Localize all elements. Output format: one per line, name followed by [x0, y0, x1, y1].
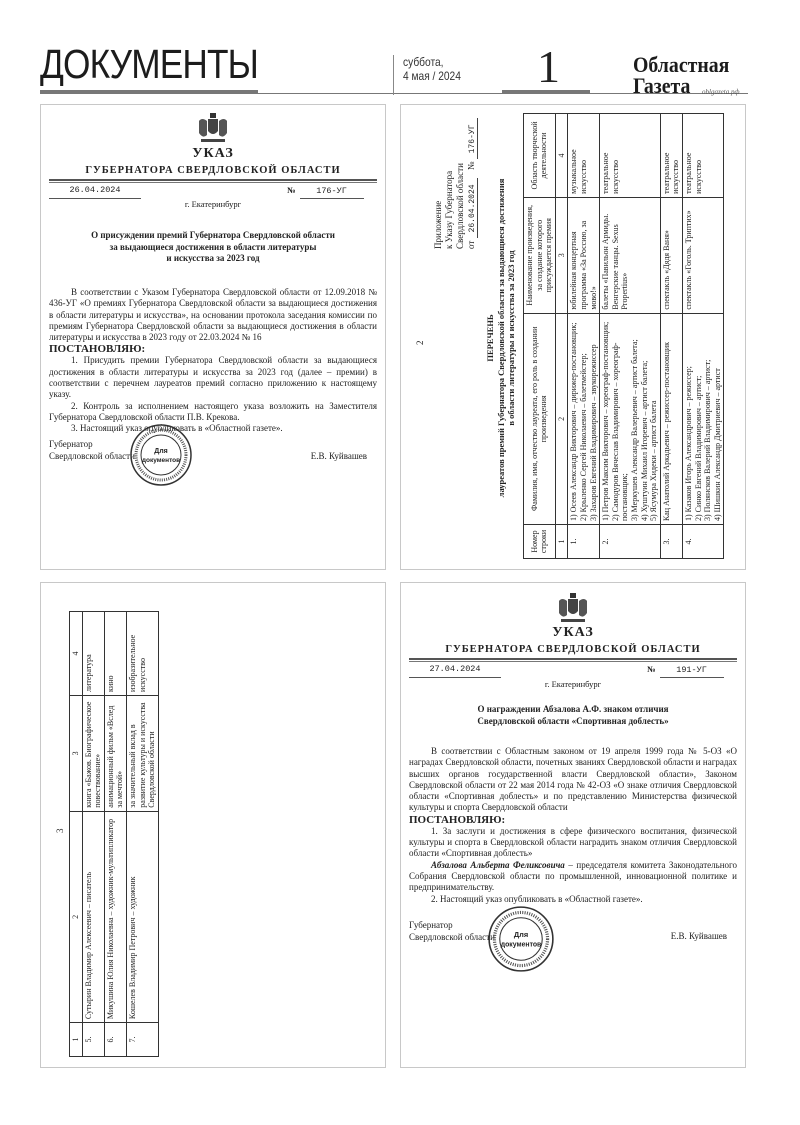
work-cell: балеты «Павильон Армиды. Венгерские танц… [600, 197, 661, 313]
svg-text:документов: документов [142, 457, 180, 464]
header-divider [393, 55, 394, 95]
header-double-rule [409, 658, 737, 660]
field-cell: изобразительное искусство [126, 612, 158, 696]
annex-date-line: от 26.04.2024 № 176-УГ [466, 119, 478, 250]
field-cell: кино [104, 612, 126, 696]
decree-191-page: УКАЗ ГУБЕРНАТОРА СВЕРДЛОВСКОЙ ОБЛАСТИ 27… [400, 582, 746, 1068]
decree-date: 27.04.2024 [409, 664, 501, 678]
svg-text:документов: документов [501, 941, 542, 948]
field-cell: театральное искусство [682, 114, 723, 198]
work-cell: юбилейная концертная программа «За Росси… [568, 197, 600, 313]
work-cell: анимационный фильм «Вслед за мечтой» [104, 695, 126, 811]
appendix-rotated-content: 2 Приложение к Указу Губернатора Свердло… [405, 109, 743, 567]
row-number: 1. [568, 525, 600, 559]
decree-date: 26.04.2024 [49, 185, 141, 199]
laureates-cell: Микушина Юлия Николаевна – художник-муль… [104, 811, 126, 1022]
appendix-page: 2 Приложение к Указу Губернатора Свердло… [400, 104, 746, 570]
decree-subheading: ГУБЕРНАТОРА СВЕРДЛОВСКОЙ ОБЛАСТИ [41, 165, 385, 177]
work-cell: спектакль «Гоголь. Триптих» [682, 197, 723, 313]
column-header: Фамилия, имя, отчество лауреата, его рол… [524, 313, 556, 524]
decree-number-value: 191-УГ [660, 665, 724, 678]
laureates-cell: Кошелев Владимир Петрович – художник [126, 811, 158, 1022]
appendix-cont-rotated-content: 3 1 2 3 4 5.Сутырин Владимир Алексеевич … [45, 587, 383, 1065]
table-row: 1.1) Осеев Александр Викторович – дириже… [568, 114, 600, 559]
work-cell: за значительный вклад в развитие культур… [126, 695, 158, 811]
field-cell: литература [82, 612, 104, 696]
decree-heading: УКАЗ [41, 148, 385, 160]
decree-body: В соответствии с Указом Губернатора Свер… [49, 287, 377, 435]
signer-role-line: Губернатор [49, 439, 135, 451]
table-row: 5.Сутырин Владимир Алексеевич – писатель… [82, 612, 104, 1057]
column-number: 1 [70, 1023, 83, 1057]
row-number: 6. [104, 1023, 126, 1057]
decree-title-line: О награждении Абзалова А.Ф. знаком отлич… [421, 704, 725, 716]
decree-city: г. Екатеринбург [41, 199, 385, 211]
table-row: 7.Кошелев Владимир Петрович – художникза… [126, 612, 158, 1057]
laureates-cell: 1) Казаков Игорь Александрович – режиссе… [682, 313, 723, 524]
signer-role-line: Губернатор [409, 920, 495, 932]
annex-number: 176-УГ [468, 119, 478, 160]
decree-title: О присуждении премий Губернатора Свердло… [61, 230, 365, 265]
header-rule-thin [409, 661, 737, 662]
decree-city: г. Екатеринбург [401, 679, 745, 691]
column-header: Номер строки [524, 525, 556, 559]
laureates-table: Номер строки Фамилия, имя, отчество лаур… [523, 113, 724, 559]
table-row: 3.Кац Анатолий Аркадьевич – режиссер-пос… [660, 114, 682, 559]
page-number: 1 [537, 44, 560, 90]
annex-date-prefix: от [466, 241, 476, 249]
list-title-block: ПЕРЕЧЕНЬ лауреатов премий Губернатора Св… [485, 129, 517, 547]
laureates-table-continued: 1 2 3 4 5.Сутырин Владимир Алексеевич – … [69, 611, 159, 1057]
official-stamp-icon: Для документов [129, 423, 193, 487]
decree-item: 2. Контроль за исполнением настоящего ук… [49, 401, 377, 424]
section-title: ДОКУМЕНТЫ [40, 44, 258, 85]
issue-date: 4 мая / 2024 [403, 69, 461, 83]
header-rule-thin [49, 182, 377, 183]
decree-body: В соответствии с Областным законом от 19… [409, 746, 737, 905]
work-cell: спектакль «Дядя Ваня» [660, 197, 682, 313]
table-column-number-row: 1 2 3 4 [555, 114, 568, 559]
annex-line: Приложение [433, 119, 444, 250]
coat-of-arms-icon [555, 591, 591, 625]
signer-name: Е.В. Куйвашев [311, 451, 367, 463]
decree-item: 1. Присудить премии Губернатора Свердлов… [49, 355, 377, 400]
column-header: Область творческой деятельности [524, 114, 556, 198]
work-cell: книга «Бажов. Биографическое повествован… [82, 695, 104, 811]
number-sign: № [647, 664, 656, 674]
decree-title-line: О присуждении премий Губернатора Свердло… [61, 230, 365, 242]
column-number: 3 [70, 695, 83, 811]
decree-resolves: ПОСТАНОВЛЯЮ: [49, 343, 377, 355]
decree-number: №176-УГ [287, 185, 377, 199]
newspaper-site: oblgazeta.рф [702, 88, 739, 96]
column-number: 2 [70, 811, 83, 1022]
decree-preamble: В соответствии с Указом Губернатора Свер… [49, 287, 377, 343]
decree-item: 1. За заслуги и достижения в сфере физич… [409, 826, 737, 860]
coat-of-arms-icon [195, 111, 231, 145]
decree-heading: УКАЗ [401, 627, 745, 639]
annex-number-sign: № [466, 162, 476, 171]
decree-item: 2. Настоящий указ опубликовать в «Област… [409, 894, 737, 905]
svg-text:Для: Для [154, 448, 168, 455]
signer-name: Е.В. Куйвашев [671, 931, 727, 943]
column-number: 4 [555, 114, 568, 198]
annex-date: 26.04.2024 [468, 178, 478, 238]
decree-title: О награждении Абзалова А.Ф. знаком отлич… [421, 704, 725, 727]
decree-title-line: и искусства за 2023 год [61, 253, 365, 265]
awardee-name: Абзалова Альберта Феликсовича [431, 860, 565, 870]
list-subtitle-line: лауреатов премий Губернатора Свердловско… [496, 129, 507, 547]
row-number: 2. [600, 525, 661, 559]
signer-role-line: Свердловской области [409, 932, 495, 944]
annex-line: к Указу Губернатора [444, 119, 455, 250]
svg-text:Для: Для [514, 930, 528, 939]
row-number: 7. [126, 1023, 158, 1057]
header-double-rule [49, 179, 377, 181]
decree-subheading: ГУБЕРНАТОРА СВЕРДЛОВСКОЙ ОБЛАСТИ [401, 644, 745, 656]
appendix-continuation-page: 3 1 2 3 4 5.Сутырин Владимир Алексеевич … [40, 582, 386, 1068]
signer-role: Губернатор Свердловской области [49, 439, 135, 462]
row-number: 3. [660, 525, 682, 559]
issue-weekday: суббота, [403, 55, 444, 69]
appendix-page-number: 2 [415, 341, 425, 346]
list-subtitle-line: в области литературы и искусства за 2023… [506, 129, 517, 547]
decree-number: №191-УГ [647, 664, 737, 678]
laureates-cell: Кац Анатолий Аркадьевич – режиссер-поста… [660, 313, 682, 524]
laureates-cell: 1) Осеев Александр Викторович – дирижер-… [568, 313, 600, 524]
decree-title-line: за выдающиеся достижения в области литер… [61, 242, 365, 254]
decree-title-line: Свердловской области «Спортивная доблест… [421, 716, 725, 728]
signer-role-line: Свердловской области [49, 451, 135, 463]
column-number: 2 [555, 313, 568, 524]
table-row: 4.1) Казаков Игорь Александрович – режис… [682, 114, 723, 559]
field-cell: музыкальное искусство [568, 114, 600, 198]
annex-block: Приложение к Указу Губернатора Свердловс… [433, 119, 478, 250]
decree-number-value: 176-УГ [300, 186, 364, 199]
appendix-cont-page-number: 3 [55, 829, 65, 834]
newspaper-logo-line2: Газета [633, 75, 690, 97]
column-header: Наименование произведения, за создание к… [524, 197, 556, 313]
list-title: ПЕРЕЧЕНЬ [485, 129, 496, 547]
laureates-cell: Сутырин Владимир Алексеевич – писатель [82, 811, 104, 1022]
row-number: 5. [82, 1023, 104, 1057]
decree-item: 3. Настоящий указ опубликовать в «Област… [49, 423, 377, 434]
column-number: 4 [70, 612, 83, 696]
decree-176-page: УКАЗ ГУБЕРНАТОРА СВЕРДЛОВСКОЙ ОБЛАСТИ 26… [40, 104, 386, 570]
decree-preamble: В соответствии с Областным законом от 19… [409, 746, 737, 814]
table-row: 6.Микушина Юлия Николаевна – художник-му… [104, 612, 126, 1057]
table-row: 2.1) Петров Максим Викторович – хореогра… [600, 114, 661, 559]
table-header-row: Номер строки Фамилия, имя, отчество лаур… [524, 114, 556, 559]
laureates-cell: 1) Петров Максим Викторович – хореограф-… [600, 313, 661, 524]
number-sign: № [287, 185, 296, 195]
signer-role: Губернатор Свердловской области [409, 920, 495, 943]
column-number: 1 [555, 525, 568, 559]
decree-resolves: ПОСТАНОВЛЯЮ: [409, 814, 737, 826]
column-number: 3 [555, 197, 568, 313]
field-cell: театральное искусство [600, 114, 661, 198]
table-column-number-row: 1 2 3 4 [70, 612, 83, 1057]
official-stamp-icon: Для документов [487, 905, 555, 973]
annex-line: Свердловской области [455, 119, 466, 250]
page-number-underline [502, 90, 590, 94]
row-number: 4. [682, 525, 723, 559]
decree-awardee: Абзалова Альберта Феликсовича – председа… [409, 860, 737, 894]
field-cell: театральное искусство [660, 114, 682, 198]
